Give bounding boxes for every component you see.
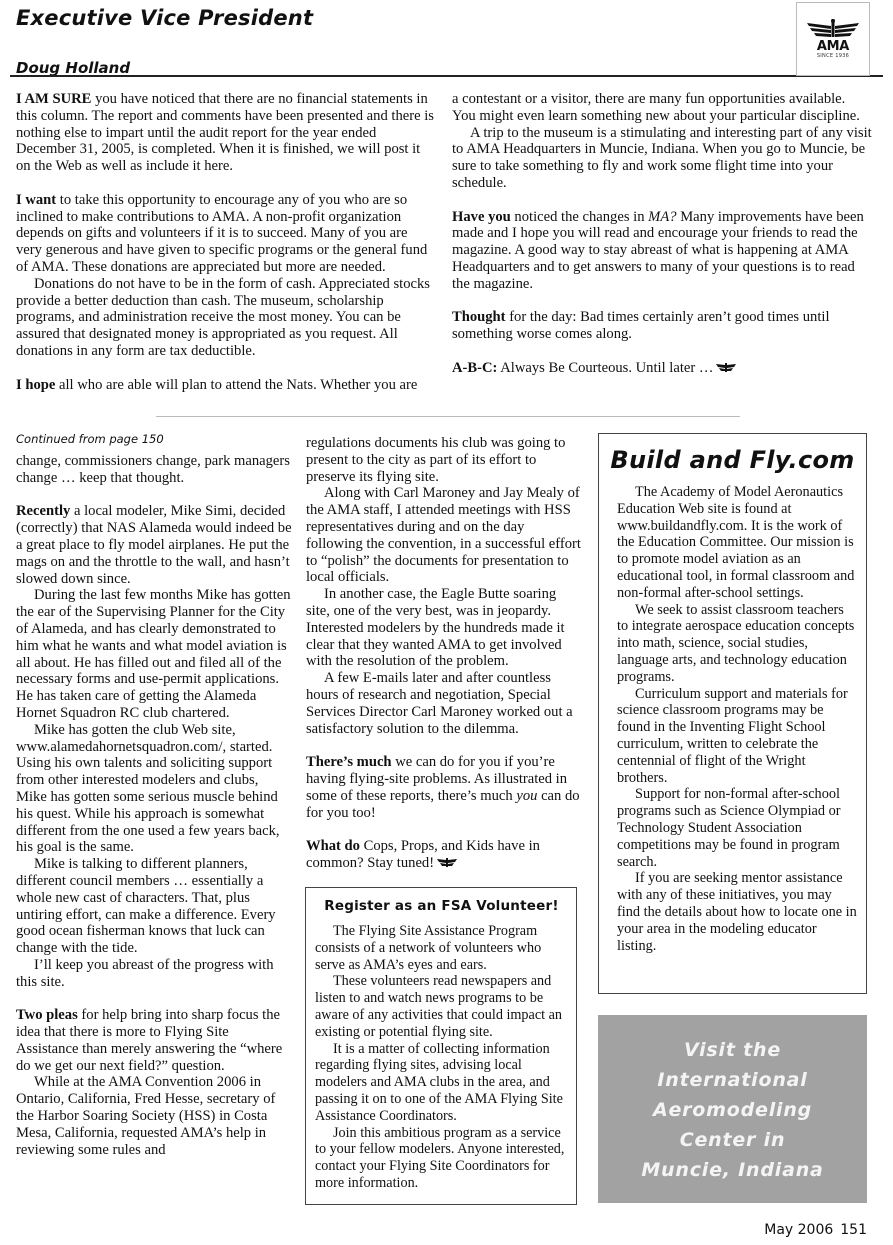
paragraph-text: Always Be Courteous. Until later … (497, 360, 713, 376)
paragraph: We seek to assist classroom teachers to … (617, 602, 858, 686)
lead-in: I AM SURE (16, 91, 91, 107)
paragraph: During the last few months Mike has gott… (16, 587, 292, 721)
paragraph: Thought for the day: Bad times certainly… (452, 309, 872, 343)
bottom-middle-column: regulations documents his club was going… (306, 435, 582, 872)
visit-museum-banner: Visit the International Aeromodeling Cen… (598, 1015, 867, 1203)
paragraph: There’s much we can do for you if you’re… (306, 754, 582, 821)
ama-end-mark-icon (437, 858, 457, 868)
banner-line: Aeromodeling (653, 1095, 812, 1125)
banner-line: Center in (680, 1125, 786, 1155)
paragraph: While at the AMA Convention 2006 in Onta… (16, 1074, 292, 1158)
page-title: Executive Vice President (16, 6, 313, 30)
emphasis: you (516, 788, 537, 804)
paragraph: Recently a local modeler, Mike Simi, dec… (16, 503, 292, 587)
lead-in: Recently (16, 503, 70, 519)
paragraph: It is a matter of collecting information… (315, 1041, 568, 1125)
lead-in: I hope (16, 377, 55, 393)
bottom-left-column: change, commissioners change, park manag… (16, 453, 292, 1158)
continued-from-label: Continued from page 150 (16, 432, 164, 446)
paragraph-text: to take this opportunity to encourage an… (16, 192, 427, 275)
paragraph-text: noticed the changes in (511, 209, 648, 225)
paragraph: If you are seeking mentor assistance wit… (617, 870, 858, 954)
lead-in: Have you (452, 209, 511, 225)
buildandfly-sidebar: Build and Fly.com The Academy of Model A… (598, 433, 867, 994)
header-divider (10, 75, 883, 77)
banner-line: International (657, 1065, 807, 1095)
sidebar-body: The Flying Site Assistance Program consi… (315, 923, 568, 1192)
paragraph: A few E-mails later and after countless … (306, 670, 582, 737)
paragraph: Curriculum support and materials for sci… (617, 686, 858, 787)
paragraph: a contestant or a visitor, there are man… (452, 91, 872, 125)
fsa-volunteer-sidebar: Register as an FSA Volunteer! The Flying… (305, 887, 577, 1205)
lead-in: Two pleas (16, 1007, 78, 1023)
paragraph: Donations do not have to be in the form … (16, 276, 436, 360)
paragraph: Join this ambitious program as a service… (315, 1125, 568, 1192)
lead-in: What do (306, 838, 360, 854)
paragraph: regulations documents his club was going… (306, 435, 582, 485)
paragraph-text: all who are able will plan to attend the… (55, 377, 417, 393)
lead-in: I want (16, 192, 56, 208)
paragraph: In another case, the Eagle Butte soaring… (306, 586, 582, 670)
paragraph: Mike has gotten the club Web site, www.a… (16, 722, 292, 856)
section-divider (156, 416, 740, 417)
paragraph: Along with Carl Maroney and Jay Mealy of… (306, 485, 582, 586)
banner-line: Visit the (684, 1035, 781, 1065)
paragraph: I AM SURE you have noticed that there ar… (16, 91, 436, 175)
paragraph: I want to take this opportunity to encou… (16, 192, 436, 276)
paragraph: A trip to the museum is a stimulating an… (452, 125, 872, 192)
sidebar-title: Build and Fly.com (607, 446, 858, 474)
lead-in: A-B-C: (452, 360, 497, 376)
paragraph: The Flying Site Assistance Program consi… (315, 923, 568, 973)
top-left-column: I AM SURE you have noticed that there ar… (16, 91, 436, 393)
logo-text: AMA (817, 41, 849, 53)
paragraph: A-B-C: Always Be Courteous. Until later … (452, 360, 872, 377)
banner-line: Muncie, Indiana (641, 1155, 823, 1185)
paragraph: The Academy of Model Aeronautics Educati… (617, 484, 858, 602)
lead-in: There’s much (306, 754, 392, 770)
paragraph: I’ll keep you abreast of the progress wi… (16, 957, 292, 991)
top-right-column: a contestant or a visitor, there are man… (452, 91, 872, 377)
winged-emblem-icon (805, 19, 861, 41)
lead-in: Thought (452, 309, 506, 325)
logo-since: SINCE 1936 (817, 53, 849, 59)
ama-end-mark-icon (716, 363, 736, 373)
paragraph: Have you noticed the changes in MA? Many… (452, 209, 872, 293)
page-number: 151 (840, 1222, 867, 1238)
sidebar-title: Register as an FSA Volunteer! (315, 898, 568, 914)
paragraph: These volunteers read newspapers and lis… (315, 973, 568, 1040)
paragraph: What do Cops, Props, and Kids have in co… (306, 838, 582, 872)
magazine-title: MA? (648, 209, 676, 225)
paragraph: Two pleas for help bring into sharp focu… (16, 1007, 292, 1074)
paragraph: Support for non-formal after-school prog… (617, 786, 858, 870)
issue-date: May 2006 (764, 1222, 833, 1238)
paragraph: I hope all who are able will plan to att… (16, 377, 436, 394)
paragraph: change, commissioners change, park manag… (16, 453, 292, 487)
ama-logo: AMA SINCE 1936 (796, 2, 870, 76)
paragraph: Mike is talking to different planners, d… (16, 856, 292, 957)
paragraph-text: for the day: Bad times certainly aren’t … (452, 309, 830, 342)
page-footer: May 2006151 (764, 1222, 867, 1238)
sidebar-body: The Academy of Model Aeronautics Educati… (617, 484, 858, 954)
